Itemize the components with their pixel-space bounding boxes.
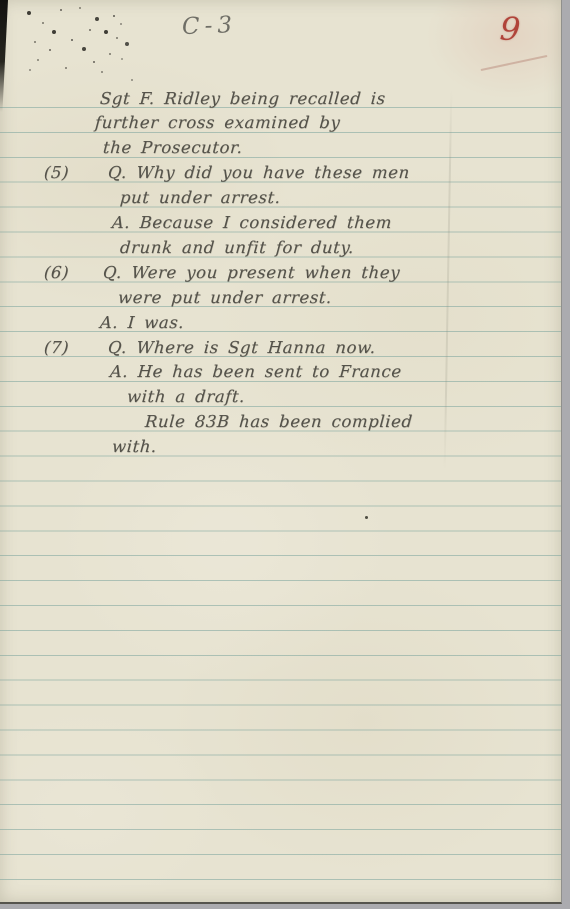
- manuscript-line: A. I was.: [0, 310, 561, 335]
- manuscript-text: Sgt F. Ridley being recalled isfurther c…: [0, 0, 561, 902]
- line-text: A. I was.: [99, 310, 185, 335]
- manuscript-line: drunk and unfit for duty.: [0, 235, 561, 260]
- manuscript-line: (6)Q. Were you present when they: [0, 260, 561, 285]
- question-number: (7): [43, 335, 70, 360]
- line-text: with a draft.: [126, 384, 246, 409]
- line-text: Q. Where is Sgt Hanna now.: [107, 335, 377, 360]
- manuscript-line: with.: [0, 434, 561, 459]
- line-text: A. Because I considered them: [111, 210, 393, 235]
- manuscript-line: the Prosecutor.: [0, 135, 561, 160]
- manuscript-line: A. Because I considered them: [0, 210, 561, 235]
- line-text: A. He has been sent to France: [109, 359, 402, 384]
- manuscript-line: Rule 83B has been complied: [0, 409, 561, 434]
- line-text: Q. Were you present when they: [102, 260, 401, 285]
- manuscript-line: (7)Q. Where is Sgt Hanna now.: [0, 335, 561, 360]
- manuscript-line: (5)Q. Why did you have these men: [0, 160, 561, 185]
- manuscript-line: Sgt F. Ridley being recalled is: [0, 86, 561, 111]
- manuscript-line: with a draft.: [0, 384, 561, 409]
- line-text: put under arrest.: [119, 185, 281, 210]
- manuscript-line: were put under arrest.: [0, 285, 561, 310]
- line-text: the Prosecutor.: [102, 135, 243, 160]
- line-text: drunk and unfit for duty.: [119, 235, 355, 260]
- manuscript-line: further cross examined by: [0, 110, 561, 135]
- question-number: (6): [43, 260, 70, 285]
- line-text: Sgt F. Ridley being recalled is: [99, 86, 386, 111]
- line-text: with.: [111, 434, 158, 459]
- manuscript-line: put under arrest.: [0, 185, 561, 210]
- line-text: Q. Why did you have these men: [107, 160, 411, 185]
- manuscript-page: C-3 9 Sgt F. Ridley being recalled isfur…: [0, 0, 562, 904]
- line-text: further cross examined by: [94, 110, 341, 135]
- scanned-document: C-3 9 Sgt F. Ridley being recalled isfur…: [0, 0, 570, 909]
- question-number: (5): [43, 160, 70, 185]
- line-text: Rule 83B has been complied: [144, 409, 413, 434]
- line-text: were put under arrest.: [117, 285, 333, 310]
- manuscript-line: A. He has been sent to France: [0, 359, 561, 384]
